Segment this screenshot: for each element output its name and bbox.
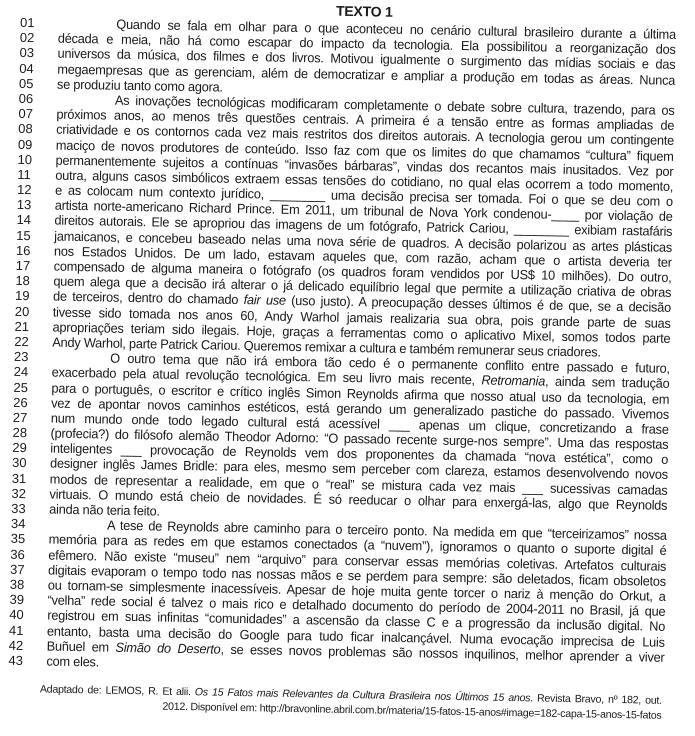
line-number: 10 — [17, 152, 37, 168]
line-number: 15 — [16, 227, 36, 243]
line-number: 22 — [14, 334, 34, 350]
line-number: 06 — [19, 91, 39, 107]
line-number: 26 — [13, 395, 33, 411]
line-number: 19 — [15, 288, 35, 304]
line-number: 33 — [11, 501, 31, 517]
line-number: 25 — [13, 379, 33, 395]
line-number: 40 — [9, 607, 29, 623]
line-number: 20 — [15, 303, 35, 319]
line-number: 02 — [20, 30, 40, 46]
source-citation: Adaptado de: LEMOS, R. Et alii. Os 15 Fa… — [40, 682, 662, 722]
line-number: 39 — [9, 592, 29, 608]
line-number: 08 — [18, 121, 38, 137]
italic-term: fair use — [244, 292, 286, 308]
line-number: 18 — [15, 273, 35, 289]
citation-prefix: Adaptado de: LEMOS, R. Et alii. — [40, 683, 195, 698]
line-number: 11 — [17, 167, 37, 183]
line-number: 32 — [11, 486, 31, 502]
line-number: 01 — [20, 15, 40, 31]
citation-publication: . Revista Bravo, nº 182, out. — [530, 692, 662, 706]
numbered-text-body: 01Quando se fala em olhar para o que aco… — [8, 15, 684, 680]
line-number: 13 — [17, 197, 37, 213]
line-number: 04 — [19, 60, 39, 76]
text-segment: Buñuel em — [47, 638, 116, 654]
line-number: 14 — [16, 212, 36, 228]
document-page: TEXTO 1 01Quando se fala em olhar para o… — [0, 0, 695, 736]
line-number: 24 — [14, 364, 34, 380]
line-number: 16 — [16, 243, 36, 259]
line-number: 38 — [10, 577, 30, 593]
line-number: 09 — [18, 136, 38, 152]
line-number: 28 — [12, 425, 32, 441]
line-number: 21 — [14, 319, 34, 335]
text-segment: com eles. — [46, 653, 99, 669]
line-number: 31 — [12, 470, 32, 486]
line-number: 29 — [12, 440, 32, 456]
line-number: 41 — [9, 622, 29, 638]
line-number: 12 — [17, 182, 37, 198]
line-number: 35 — [11, 531, 31, 547]
line-number: 42 — [9, 637, 29, 653]
line-number: 17 — [16, 258, 36, 274]
text-segment: ainda não teria feito. — [49, 502, 160, 519]
line-number: 34 — [11, 516, 31, 532]
line-number: 07 — [18, 106, 38, 122]
italic-term: Simão do Deserto — [115, 639, 220, 656]
line-number: 23 — [14, 349, 34, 365]
line-number: 27 — [13, 410, 33, 426]
line-number: 03 — [19, 45, 39, 61]
line-number: 30 — [12, 455, 32, 471]
italic-term: Retromania — [481, 373, 545, 389]
line-number: 37 — [10, 562, 30, 578]
line-number: 43 — [8, 653, 28, 669]
line-number: 36 — [10, 546, 30, 562]
line-number: 05 — [19, 76, 39, 92]
